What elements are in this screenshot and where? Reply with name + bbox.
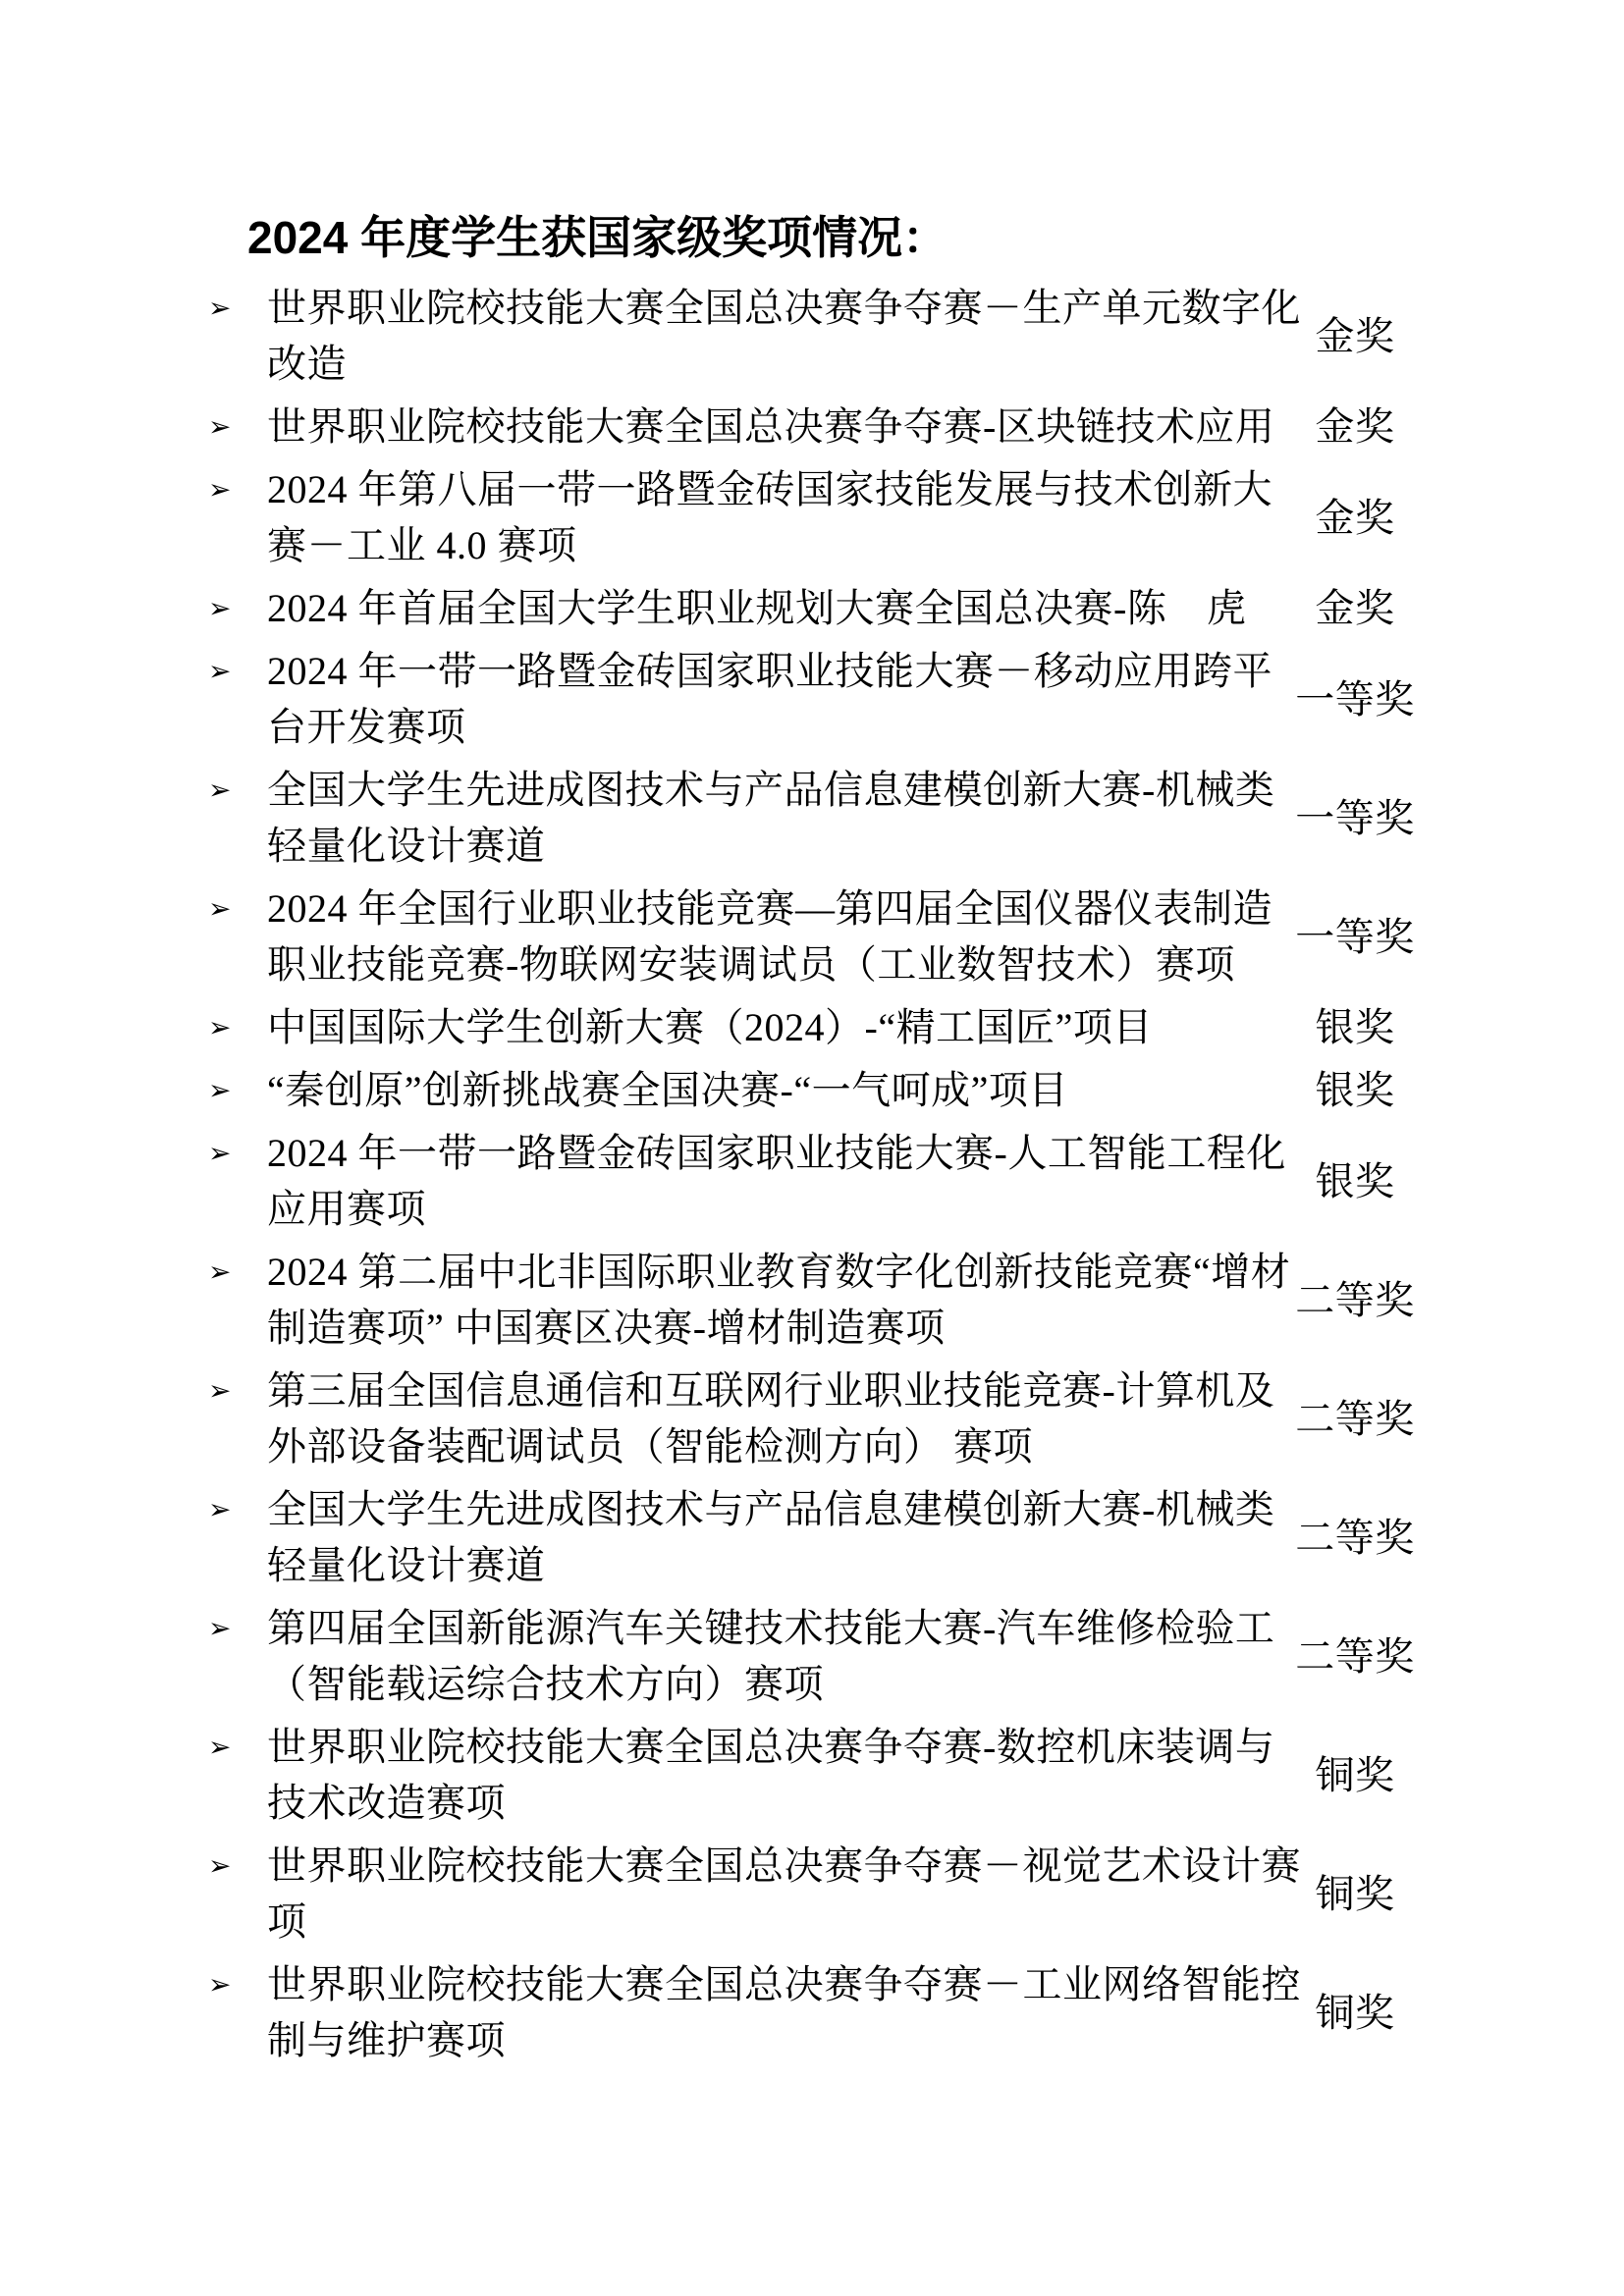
bullet-arrow-icon: ➢ <box>208 643 267 699</box>
award-item-text: 2024 年一带一路暨金砖国家职业技能大赛-人工智能工程化应用赛项 <box>267 1125 1281 1237</box>
award-level-label: 金奖 <box>1281 490 1429 546</box>
award-list-item: ➢2024 年首届全国大学生职业规划大赛全国总决赛-陈 虎金奖 <box>208 580 1429 636</box>
award-item-text: 中国国际大学生创新大赛（2024）-“精工国匠”项目 <box>267 999 1281 1055</box>
bullet-arrow-icon: ➢ <box>208 1481 267 1537</box>
award-list-item: ➢中国国际大学生创新大赛（2024）-“精工国匠”项目银奖 <box>208 999 1429 1055</box>
page-title: 2024 年度学生获国家级奖项情况： <box>247 0 1624 263</box>
award-level-label: 银奖 <box>1281 999 1429 1055</box>
award-list-item: ➢世界职业院校技能大赛全国总决赛争夺赛－视觉艺术设计赛项铜奖 <box>208 1838 1429 1949</box>
award-list-item: ➢第三届全国信息通信和互联网行业职业技能竞赛-计算机及外部设备装配调试员（智能检… <box>208 1362 1429 1474</box>
award-list-item: ➢世界职业院校技能大赛全国总决赛争夺赛-数控机床装调与技术改造赛项铜奖 <box>208 1719 1429 1831</box>
award-item-text: 2024 年全国行业职业技能竞赛—第四届全国仪器仪表制造职业技能竞赛-物联网安装… <box>267 881 1281 992</box>
bullet-arrow-icon: ➢ <box>208 280 267 336</box>
award-level-label: 金奖 <box>1281 580 1429 636</box>
award-item-text-line: 世界职业院校技能大赛全国总决赛争夺赛－视觉艺术设计赛 <box>267 1838 1281 1894</box>
award-item-text-line: 外部设备装配调试员（智能检测方向） 赛项 <box>267 1418 1281 1474</box>
award-item-text-line: （智能载运综合技术方向）赛项 <box>267 1656 1281 1712</box>
award-item-text-line: 2024 年第八届一带一路暨金砖国家技能发展与技术创新大 <box>267 461 1281 517</box>
award-list-item: ➢2024 年一带一路暨金砖国家职业技能大赛－移动应用跨平台开发赛项一等奖 <box>208 643 1429 755</box>
award-item-text-line: 赛－工业 4.0 赛项 <box>267 517 1281 573</box>
award-item-text: 2024 年第八届一带一路暨金砖国家技能发展与技术创新大赛－工业 4.0 赛项 <box>267 461 1281 573</box>
award-item-text-line: 2024 年一带一路暨金砖国家职业技能大赛-人工智能工程化 <box>267 1125 1281 1181</box>
award-item-text: 全国大学生先进成图技术与产品信息建模创新大赛-机械类轻量化设计赛道 <box>267 1481 1281 1593</box>
award-item-text: 2024 年一带一路暨金砖国家职业技能大赛－移动应用跨平台开发赛项 <box>267 643 1281 755</box>
award-item-text-line: 台开发赛项 <box>267 699 1281 755</box>
award-level-label: 铜奖 <box>1281 1866 1429 1922</box>
award-item-text: 世界职业院校技能大赛全国总决赛争夺赛－生产单元数字化改造 <box>267 280 1281 392</box>
award-level-label: 二等奖 <box>1281 1272 1429 1328</box>
bullet-arrow-icon: ➢ <box>208 762 267 818</box>
award-list-item: ➢2024 年全国行业职业技能竞赛—第四届全国仪器仪表制造职业技能竞赛-物联网安… <box>208 881 1429 992</box>
award-level-label: 一等奖 <box>1281 909 1429 965</box>
award-item-text-line: 2024 第二届中北非国际职业教育数字化创新技能竞赛“增材 <box>267 1244 1281 1300</box>
award-item-text-line: 第三届全国信息通信和互联网行业职业技能竞赛-计算机及 <box>267 1362 1281 1418</box>
bullet-arrow-icon: ➢ <box>208 881 267 936</box>
award-item-text-line: 2024 年全国行业职业技能竞赛—第四届全国仪器仪表制造 <box>267 881 1281 936</box>
award-list-item: ➢2024 年第八届一带一路暨金砖国家技能发展与技术创新大赛－工业 4.0 赛项… <box>208 461 1429 573</box>
award-item-text-line: 中国国际大学生创新大赛（2024）-“精工国匠”项目 <box>267 999 1281 1055</box>
award-item-text: 世界职业院校技能大赛全国总决赛争夺赛－工业网络智能控制与维护赛项 <box>267 1956 1281 2068</box>
award-list-item: ➢全国大学生先进成图技术与产品信息建模创新大赛-机械类轻量化设计赛道二等奖 <box>208 1481 1429 1593</box>
awards-list: ➢世界职业院校技能大赛全国总决赛争夺赛－生产单元数字化改造金奖➢世界职业院校技能… <box>208 280 1429 2068</box>
award-item-text-line: 改造 <box>267 336 1281 392</box>
award-item-text: 世界职业院校技能大赛全国总决赛争夺赛－视觉艺术设计赛项 <box>267 1838 1281 1949</box>
bullet-arrow-icon: ➢ <box>208 999 267 1055</box>
award-item-text: 第三届全国信息通信和互联网行业职业技能竞赛-计算机及外部设备装配调试员（智能检测… <box>267 1362 1281 1474</box>
bullet-arrow-icon: ➢ <box>208 461 267 517</box>
award-item-text-line: 全国大学生先进成图技术与产品信息建模创新大赛-机械类 <box>267 762 1281 818</box>
bullet-arrow-icon: ➢ <box>208 1956 267 2012</box>
award-item-text-line: 世界职业院校技能大赛全国总决赛争夺赛-区块链技术应用 <box>267 399 1281 454</box>
document-page: 2024 年度学生获国家级奖项情况： ➢世界职业院校技能大赛全国总决赛争夺赛－生… <box>0 0 1624 2296</box>
award-item-text-line: 全国大学生先进成图技术与产品信息建模创新大赛-机械类 <box>267 1481 1281 1537</box>
award-level-label: 银奖 <box>1281 1062 1429 1118</box>
award-list-item: ➢世界职业院校技能大赛全国总决赛争夺赛－生产单元数字化改造金奖 <box>208 280 1429 392</box>
bullet-arrow-icon: ➢ <box>208 1362 267 1418</box>
award-item-text-line: 世界职业院校技能大赛全国总决赛争夺赛－生产单元数字化 <box>267 280 1281 336</box>
award-level-label: 金奖 <box>1281 399 1429 454</box>
award-item-text-line: 职业技能竞赛-物联网安装调试员（工业数智技术）赛项 <box>267 936 1281 992</box>
award-item-text-line: 轻量化设计赛道 <box>267 818 1281 874</box>
award-item-text-line: 2024 年首届全国大学生职业规划大赛全国总决赛-陈 虎 <box>267 580 1281 636</box>
award-list-item: ➢“秦创原”创新挑战赛全国决赛-“一气呵成”项目银奖 <box>208 1062 1429 1118</box>
award-level-label: 二等奖 <box>1281 1510 1429 1566</box>
award-level-label: 金奖 <box>1281 308 1429 364</box>
award-item-text: 2024 第二届中北非国际职业教育数字化创新技能竞赛“增材制造赛项” 中国赛区决… <box>267 1244 1281 1356</box>
award-item-text-line: 2024 年一带一路暨金砖国家职业技能大赛－移动应用跨平 <box>267 643 1281 699</box>
award-item-text: 全国大学生先进成图技术与产品信息建模创新大赛-机械类轻量化设计赛道 <box>267 762 1281 874</box>
bullet-arrow-icon: ➢ <box>208 1125 267 1181</box>
bullet-arrow-icon: ➢ <box>208 1062 267 1118</box>
award-list-item: ➢2024 年一带一路暨金砖国家职业技能大赛-人工智能工程化应用赛项银奖 <box>208 1125 1429 1237</box>
bullet-arrow-icon: ➢ <box>208 580 267 636</box>
award-item-text: 2024 年首届全国大学生职业规划大赛全国总决赛-陈 虎 <box>267 580 1281 636</box>
award-item-text-line: 第四届全国新能源汽车关键技术技能大赛-汽车维修检验工 <box>267 1600 1281 1656</box>
award-list-item: ➢世界职业院校技能大赛全国总决赛争夺赛-区块链技术应用金奖 <box>208 399 1429 454</box>
award-item-text: 第四届全国新能源汽车关键技术技能大赛-汽车维修检验工（智能载运综合技术方向）赛项 <box>267 1600 1281 1712</box>
award-item-text-line: 制造赛项” 中国赛区决赛-增材制造赛项 <box>267 1300 1281 1356</box>
award-item-text-line: 技术改造赛项 <box>267 1775 1281 1831</box>
award-item-text-line: 世界职业院校技能大赛全国总决赛争夺赛－工业网络智能控 <box>267 1956 1281 2012</box>
award-level-label: 铜奖 <box>1281 1747 1429 1803</box>
award-item-text-line: “秦创原”创新挑战赛全国决赛-“一气呵成”项目 <box>267 1062 1281 1118</box>
bullet-arrow-icon: ➢ <box>208 1719 267 1775</box>
award-list-item: ➢第四届全国新能源汽车关键技术技能大赛-汽车维修检验工（智能载运综合技术方向）赛… <box>208 1600 1429 1712</box>
bullet-arrow-icon: ➢ <box>208 1600 267 1656</box>
award-level-label: 一等奖 <box>1281 671 1429 727</box>
award-item-text-line: 项 <box>267 1894 1281 1949</box>
award-item-text: “秦创原”创新挑战赛全国决赛-“一气呵成”项目 <box>267 1062 1281 1118</box>
award-level-label: 二等奖 <box>1281 1629 1429 1684</box>
award-level-label: 一等奖 <box>1281 790 1429 846</box>
award-list-item: ➢世界职业院校技能大赛全国总决赛争夺赛－工业网络智能控制与维护赛项铜奖 <box>208 1956 1429 2068</box>
award-list-item: ➢全国大学生先进成图技术与产品信息建模创新大赛-机械类轻量化设计赛道一等奖 <box>208 762 1429 874</box>
award-level-label: 二等奖 <box>1281 1391 1429 1447</box>
award-item-text-line: 制与维护赛项 <box>267 2012 1281 2068</box>
award-list-item: ➢2024 第二届中北非国际职业教育数字化创新技能竞赛“增材制造赛项” 中国赛区… <box>208 1244 1429 1356</box>
award-level-label: 铜奖 <box>1281 1985 1429 2041</box>
award-item-text: 世界职业院校技能大赛全国总决赛争夺赛-区块链技术应用 <box>267 399 1281 454</box>
award-item-text: 世界职业院校技能大赛全国总决赛争夺赛-数控机床装调与技术改造赛项 <box>267 1719 1281 1831</box>
award-level-label: 银奖 <box>1281 1153 1429 1209</box>
award-item-text-line: 应用赛项 <box>267 1181 1281 1237</box>
award-item-text-line: 轻量化设计赛道 <box>267 1537 1281 1593</box>
bullet-arrow-icon: ➢ <box>208 1244 267 1300</box>
award-item-text-line: 世界职业院校技能大赛全国总决赛争夺赛-数控机床装调与 <box>267 1719 1281 1775</box>
bullet-arrow-icon: ➢ <box>208 399 267 454</box>
bullet-arrow-icon: ➢ <box>208 1838 267 1894</box>
